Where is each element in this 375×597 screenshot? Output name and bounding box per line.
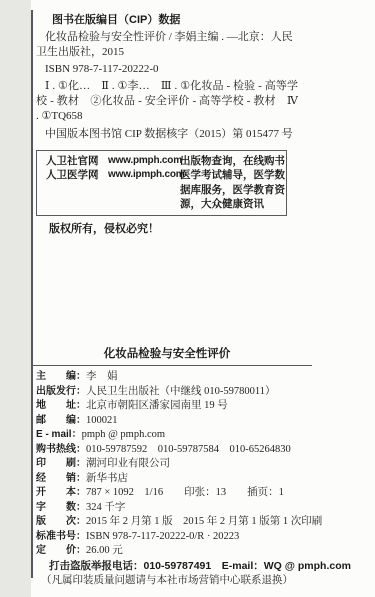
colophon-row: 标准书号：ISBN 978-7-117-20222-0/R · 20223 [36, 530, 298, 545]
colophon-label: 标准书号： [36, 530, 86, 545]
colophon-label: 经 销： [36, 472, 86, 487]
spine-rule [31, 10, 33, 578]
colophon-value: 010-59787592 010-59787584 010-65264830 [86, 444, 291, 455]
colophon-label: E - mail： [36, 428, 82, 443]
colophon-label: 出版发行： [36, 385, 86, 400]
piracy-hotline: 打击盗版举报电话：010-59787491 E-mail：WQ @ pmph.c… [36, 559, 298, 574]
site-name: 人卫社官网 [46, 154, 108, 168]
site-url: www.ipmph.com [108, 168, 180, 211]
colophon-label: 定 价： [36, 544, 86, 559]
colophon-row: 地 址：北京市朝阳区潘家园南里 19 号 [36, 399, 298, 414]
cip-registry-number: 中国版本图书馆 CIP 数据核字（2015）第 015477 号 [36, 127, 298, 142]
colophon-value: 787 × 1092 1/16 印张：13 插页：1 [86, 487, 284, 498]
colophon-label: 购书热线： [36, 443, 86, 458]
colophon-label: 地 址： [36, 399, 86, 414]
cip-isbn: ISBN 978-7-117-20222-0 [36, 62, 298, 77]
colophon-value: 26.00 元 [86, 545, 123, 556]
site-services: 出版物查询，在线购书 [180, 154, 292, 168]
colophon-label: 邮 编： [36, 414, 86, 429]
cip-heading: 图书在版编目（CIP）数据 [36, 13, 298, 28]
colophon-page: 图书在版编目（CIP）数据 化妆品检验与安全性评价 / 李娟主编 . —北京：人… [36, 8, 298, 588]
colophon-row: E - mail：pmph @ pmph.com [36, 428, 298, 443]
colophon-value: ISBN 978-7-117-20222-0/R · 20223 [86, 531, 239, 542]
copyright-notice: 版权所有，侵权必究！ [36, 222, 298, 237]
colophon-label: 主 编： [36, 370, 86, 385]
book-title: 化妆品检验与安全性评价 [36, 346, 298, 362]
colophon-row: 出版发行：人民卫生出版社（中继线 010-59780011） [36, 385, 298, 400]
colophon-row: 定 价：26.00 元 [36, 544, 298, 559]
site-services: 医学考试辅导，医学数据库服务，医学教育资源，大众健康资讯 [180, 168, 292, 211]
colophon-row: 主 编：李 娟 [36, 370, 298, 385]
colophon-value: 2015 年 2 月第 1 版 2015 年 2 月第 1 版第 1 次印刷 [86, 516, 322, 527]
colophon-list: 主 编：李 娟 出版发行：人民卫生出版社（中继线 010-59780011） 地… [36, 370, 298, 559]
colophon-label: 开 本： [36, 486, 86, 501]
colophon-row: 版 次：2015 年 2 月第 1 版 2015 年 2 月第 1 版第 1 次… [36, 515, 298, 530]
colophon-label: 版 次： [36, 515, 86, 530]
colophon-value: 潮河印业有限公司 [86, 458, 170, 469]
colophon-value: 北京市朝阳区潘家园南里 19 号 [86, 400, 228, 411]
colophon-row: 购书热线：010-59787592 010-59787584 010-65264… [36, 443, 298, 458]
colophon-row: 开 本：787 × 1092 1/16 印张：13 插页：1 [36, 486, 298, 501]
colophon-value: 新华书店 [86, 473, 128, 484]
site-url: www.pmph.com [108, 154, 180, 168]
website-info-box: 人卫社官网 www.pmph.com 出版物查询，在线购书 人卫医学网 www.… [36, 150, 287, 216]
colophon-row: 印 刷：潮河印业有限公司 [36, 457, 298, 472]
title-divider [31, 365, 312, 366]
colophon-value: pmph @ pmph.com [82, 429, 165, 440]
colophon-row: 邮 编：100021 [36, 414, 298, 429]
colophon-value: 李 娟 [86, 371, 118, 382]
cip-citation: 化妆品检验与安全性评价 / 李娟主编 . —北京：人民卫生出版社，2015 [36, 30, 298, 60]
cip-classification: Ⅰ . ①化… Ⅱ . ①李… Ⅲ . ①化妆品 - 检验 - 高等学校 - 教… [36, 79, 298, 124]
scan-edge-strip [0, 0, 31, 597]
colophon-value: 100021 [86, 415, 118, 426]
colophon-label: 印 刷： [36, 457, 86, 472]
colophon-row: 经 销：新华书店 [36, 472, 298, 487]
colophon-value: 324 千字 [86, 502, 125, 513]
site-name: 人卫医学网 [46, 168, 108, 211]
colophon-value: 人民卫生出版社（中继线 010-59780011） [86, 386, 275, 397]
quality-note: （凡属印装质量问题请与本社市场营销中心联系退换） [36, 574, 298, 589]
colophon-row: 字 数：324 千字 [36, 501, 298, 516]
colophon-label: 字 数： [36, 501, 86, 516]
